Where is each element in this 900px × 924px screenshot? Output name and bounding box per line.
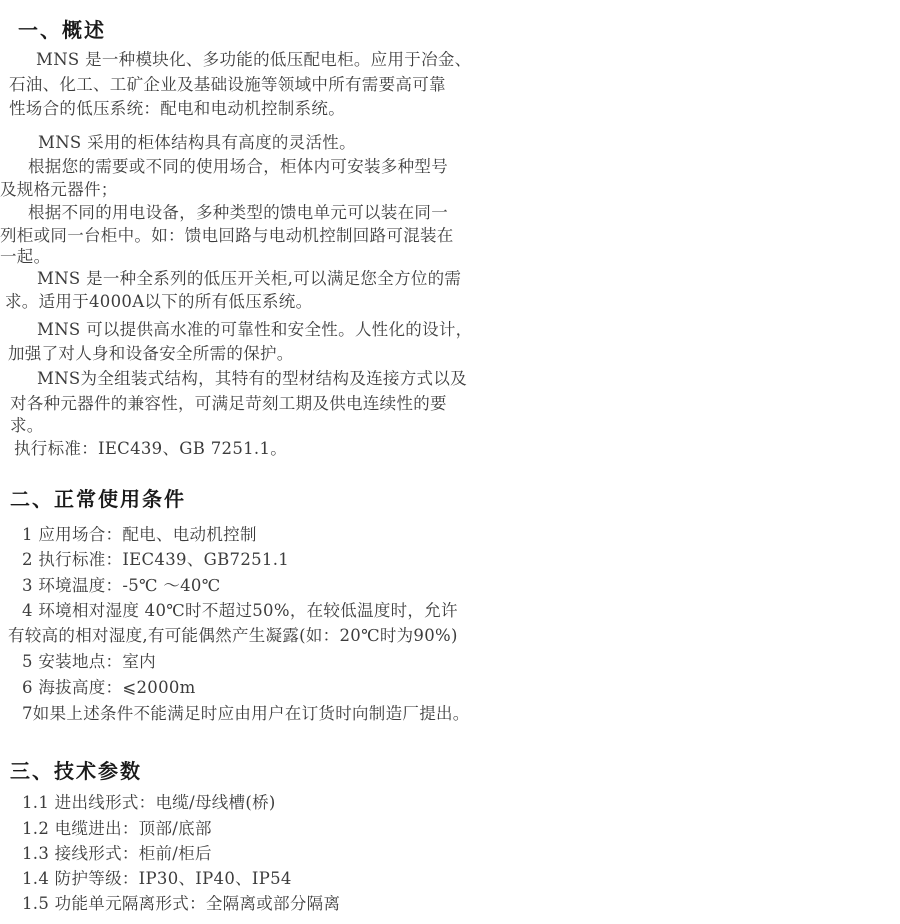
condition-item: 4 环境相对湿度 40℃时不超过50%，在较低温度时，允许: [22, 603, 458, 620]
section-heading-operating-conditions: 二、正常使用条件: [10, 483, 186, 512]
overview-text-line: 根据您的需要或不同的使用场合，柜体内可安装多种型号: [28, 159, 448, 176]
overview-text-line: 根据不同的用电设备，多种类型的馈电单元可以装在同一: [28, 205, 448, 222]
overview-text-line: 执行标准：IEC439、GB 7251.1。: [14, 441, 287, 458]
parameter-item: 1.3 接线形式：柜前/柜后: [22, 846, 212, 863]
overview-text-line: 求。: [10, 418, 44, 435]
condition-item: 有较高的相对湿度,有可能偶然产生凝露(如：20℃时为90%): [8, 628, 458, 645]
overview-text-line: MNS为全组装式结构，其特有的型材结构及连接方式以及: [37, 371, 467, 388]
overview-text-line: 一起。: [0, 249, 50, 266]
overview-text-line: 列柜或同一台柜中。如：馈电回路与电动机控制回路可混装在: [0, 228, 454, 245]
parameter-item: 1.1 进出线形式：电缆/母线槽(桥): [22, 795, 276, 812]
parameter-item: 1.5 功能单元隔离形式：全隔离或部分隔离: [22, 896, 340, 913]
condition-item: 1 应用场合：配电、电动机控制: [22, 527, 257, 544]
overview-text-line: 及规格元器件；: [0, 182, 118, 199]
overview-text-line: MNS 是一种模块化、多功能的低压配电柜。应用于冶金、: [36, 52, 471, 69]
parameter-item: 1.2 电缆进出：顶部/底部: [22, 821, 212, 838]
condition-item: 3 环境温度：-5℃ ～40℃: [22, 578, 220, 595]
overview-text-line: 性场合的低压系统：配电和电动机控制系统。: [9, 101, 345, 118]
section-heading-overview: 一、概述: [18, 14, 106, 43]
overview-text-line: MNS 可以提供高水准的可靠性和安全性。人性化的设计，: [37, 322, 472, 339]
overview-text-line: 石油、化工、工矿企业及基础设施等领域中所有需要高可靠: [9, 77, 446, 94]
condition-item: 5 安装地点：室内: [22, 654, 156, 671]
overview-text-line: 对各种元器件的兼容性，可满足苛刻工期及供电连续性的要: [10, 396, 447, 413]
overview-text-line: MNS 采用的柜体结构具有高度的灵活性。: [38, 135, 356, 152]
document-page: 一、概述 MNS 是一种模块化、多功能的低压配电柜。应用于冶金、 石油、化工、工…: [0, 0, 900, 924]
overview-text-line: MNS 是一种全系列的低压开关柜,可以满足您全方位的需: [37, 271, 461, 288]
condition-item: 7如果上述条件不能满足时应由用户在订货时向制造厂提出。: [22, 706, 470, 723]
overview-text-line: 加强了对人身和设备安全所需的保护。: [8, 346, 294, 363]
condition-item: 6 海拔高度：⩽2000m: [22, 680, 196, 697]
condition-item: 2 执行标准：IEC439、GB7251.1: [22, 552, 289, 569]
section-heading-technical-parameters: 三、技术参数: [10, 755, 142, 784]
parameter-item: 1.4 防护等级：IP30、IP40、IP54: [22, 871, 292, 888]
overview-text-line: 求。适用于4000A以下的所有低压系统。: [5, 294, 312, 311]
